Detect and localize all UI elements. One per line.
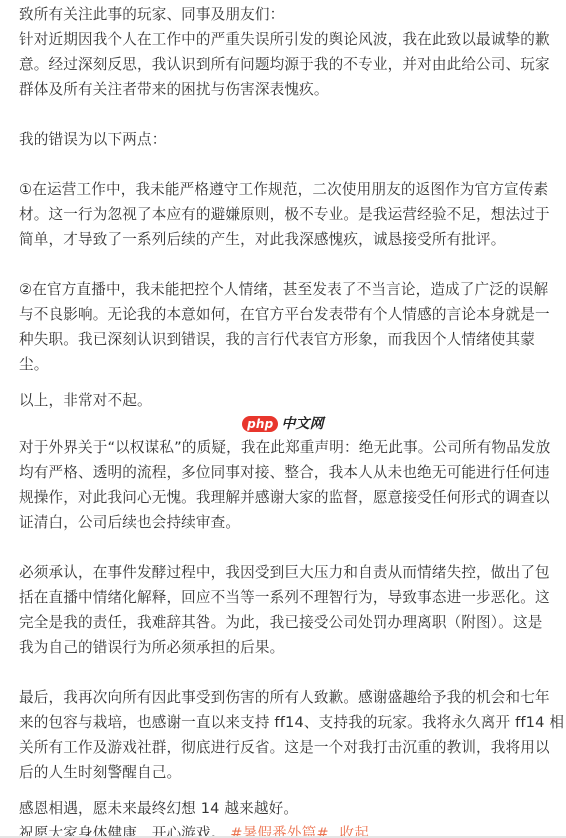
intro-line: 针对近期因我个人在工作中的严重失误所引发的舆论风波，我在此致以最诚挚的歉 bbox=[19, 27, 549, 52]
statement-line: 均有严格、透明的流程，多位同事对接、整合，我本人从未也绝无可能进行任何违 bbox=[19, 460, 549, 485]
statement-line: 对于外界关于“以权谋私”的质疑，我在此郑重声明：绝无此事。公司所有物品发放 bbox=[19, 435, 549, 460]
closing-line: 最后，我再次向所有因此事受到伤害的所有人致歉。感谢盛趣给予我的机会和七年 bbox=[19, 685, 549, 710]
paragraph-gap bbox=[19, 785, 549, 796]
error-2-line: ②在官方直播中，我未能把控个人情绪，甚至发表了不当言论，造成了广泛的误解 bbox=[19, 277, 549, 302]
paragraph-gap bbox=[19, 252, 549, 277]
logo-pill: php bbox=[242, 416, 278, 432]
intro-line: 意。经过深刻反思，我认识到所有问题均源于我的不专业，并对由此给公司、玩家 bbox=[19, 52, 549, 77]
admission-line: 我为自己的错误行为所必须承担的后果。 bbox=[19, 635, 549, 660]
admission-line: 完全是我的责任，我难辞其咎。为此，我已接受公司处罚办理离职（附图）。这是 bbox=[19, 610, 549, 635]
paragraph-gap bbox=[19, 377, 549, 388]
intro-line: 群体及所有关注者带来的困扰与伤害深表愧疚。 bbox=[19, 77, 549, 102]
paragraph-gap bbox=[19, 152, 549, 177]
admission-line: 括在直播中情绪化解释，回应不当等一系列不理智行为，导致事态进一步恶化。这 bbox=[19, 585, 549, 610]
statement-line: 证清白，公司后续也会持续审查。 bbox=[19, 510, 549, 535]
sorry-line: 以上，非常对不起。 bbox=[19, 388, 549, 413]
php-cn-logo: php 中文网 bbox=[242, 412, 324, 437]
logo-text: 中文网 bbox=[281, 412, 323, 437]
post-body: 致所有关注此事的玩家、同事及朋友们： 针对近期因我个人在工作中的严重失误所引发的… bbox=[19, 2, 549, 838]
paragraph-gap bbox=[19, 102, 549, 127]
statement-line: 规操作，对此我问心无愧。我理解并感谢大家的监督，愿意接受任何形式的调查以 bbox=[19, 485, 549, 510]
paragraph-gap bbox=[19, 660, 549, 685]
watermark: php 中文网 bbox=[0, 413, 566, 435]
errors-heading: 我的错误为以下两点： bbox=[19, 127, 549, 152]
error-1-line: 材。这一行为忽视了本应有的避嫌原则，极不专业。是我运营经验不足，想法过于 bbox=[19, 202, 549, 227]
admission-line: 必须承认，在事件发酵过程中，我因受到巨大压力和自责从而情绪失控，做出了包 bbox=[19, 560, 549, 585]
closing-line: 来的包容与栽培，也感谢一直以来支持 ff14、支持我的玩家。我将永久离开 ff1… bbox=[19, 710, 549, 735]
farewell-line: 感恩相遇，愿未来最终幻想 14 越来越好。 bbox=[19, 796, 549, 821]
error-2-line: 与不良影响。无论我的本意如何，在官方平台发表带有个人情感的言论本身就是一 bbox=[19, 302, 549, 327]
closing-line: 后的人生时刻警醒自己。 bbox=[19, 760, 549, 785]
error-1-line: 简单，才导致了一系列后续的产生，对此我深感愧疚，诚恳接受所有批评。 bbox=[19, 227, 549, 252]
greeting: 致所有关注此事的玩家、同事及朋友们： bbox=[19, 2, 549, 27]
closing-line: 关所有工作及游戏社群，彻底进行反省。这是一个对我打击沉重的教训，我将用以 bbox=[19, 735, 549, 760]
error-2-line: 种失职。我已深刻认识到错误，我的言行代表官方形象，而我因个人情绪使其蒙 bbox=[19, 327, 549, 352]
error-1-line: ①在运营工作中，我未能严格遵守工作规范，二次使用朋友的返图作为官方宣传素 bbox=[19, 177, 549, 202]
error-2-line: 尘。 bbox=[19, 352, 549, 377]
paragraph-gap bbox=[19, 535, 549, 560]
